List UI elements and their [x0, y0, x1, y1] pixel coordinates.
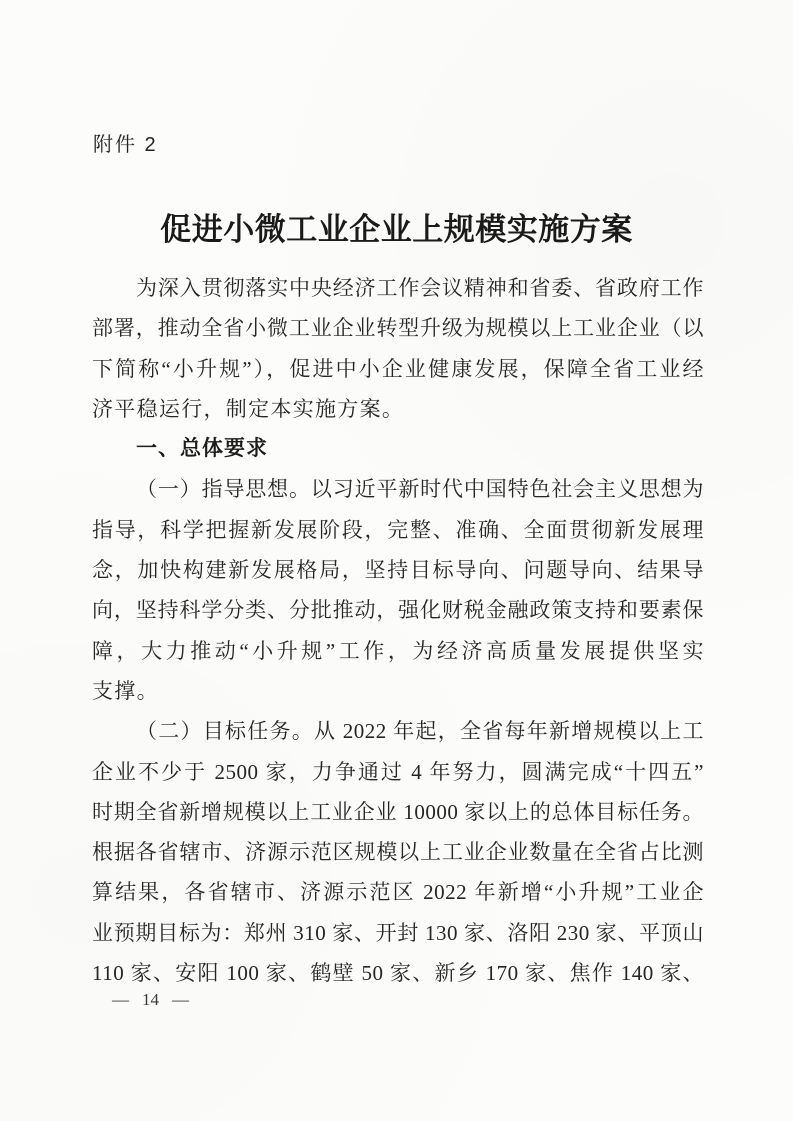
document-title: 促进小微工业企业上规模实施方案	[0, 204, 793, 249]
document-line: 部署，推动全省小微工业企业转型升级为规模以上工业企业（以	[92, 308, 704, 348]
document-line: 支撑。	[92, 671, 704, 711]
attachment-label: 附件 2	[93, 128, 158, 157]
footer-dash-left: —	[112, 990, 129, 1010]
document-line: （一）指导思想。以习近平新时代中国特色社会主义思想为	[92, 469, 704, 509]
document-line: 业预期目标为：郑州 310 家、开封 130 家、洛阳 230 家、平顶山	[92, 913, 704, 953]
document-line: 企业不少于 2500 家，力争通过 4 年努力，圆满完成“十四五”	[92, 752, 704, 792]
document-line: （二）目标任务。从 2022 年起，全省每年新增规模以上工业	[92, 711, 704, 751]
document-line: 向，坚持科学分类、分批推动，强化财税金融政策支持和要素保	[92, 590, 704, 630]
page-number: 14	[142, 990, 159, 1010]
document-line: 根据各省辖市、济源示范区规模以上工业企业数量在全省占比测	[92, 832, 704, 872]
document-body: 为深入贯彻落实中央经济工作会议精神和省委、省政府工作部署，推动全省小微工业企业转…	[92, 268, 704, 993]
document-line: 为深入贯彻落实中央经济工作会议精神和省委、省政府工作	[92, 268, 704, 308]
document-page: 附件 2 促进小微工业企业上规模实施方案 为深入贯彻落实中央经济工作会议精神和省…	[0, 0, 793, 1121]
document-line: 110 家、安阳 100 家、鹤壁 50 家、新乡 170 家、焦作 140 家…	[92, 953, 704, 993]
document-line: 时期全省新增规模以上工业企业 10000 家以上的总体目标任务。	[92, 792, 704, 832]
document-line: 念，加快构建新发展格局，坚持目标导向、问题导向、结果导	[92, 550, 704, 590]
document-line: 指导，科学把握新发展阶段，完整、准确、全面贯彻新发展理	[92, 510, 704, 550]
document-line: 一、总体要求	[92, 429, 704, 469]
footer-dash-right: —	[172, 990, 189, 1010]
document-line: 障，大力推动“小升规”工作，为经济高质量发展提供坚实	[92, 631, 704, 671]
document-line: 算结果，各省辖市、济源示范区 2022 年新增“小升规”工业企	[92, 872, 704, 912]
document-line: 济平稳运行，制定本实施方案。	[92, 389, 704, 429]
page-footer: — 14 —	[112, 990, 189, 1010]
document-line: 下简称“小升规”），促进中小企业健康发展，保障全省工业经	[92, 349, 704, 389]
